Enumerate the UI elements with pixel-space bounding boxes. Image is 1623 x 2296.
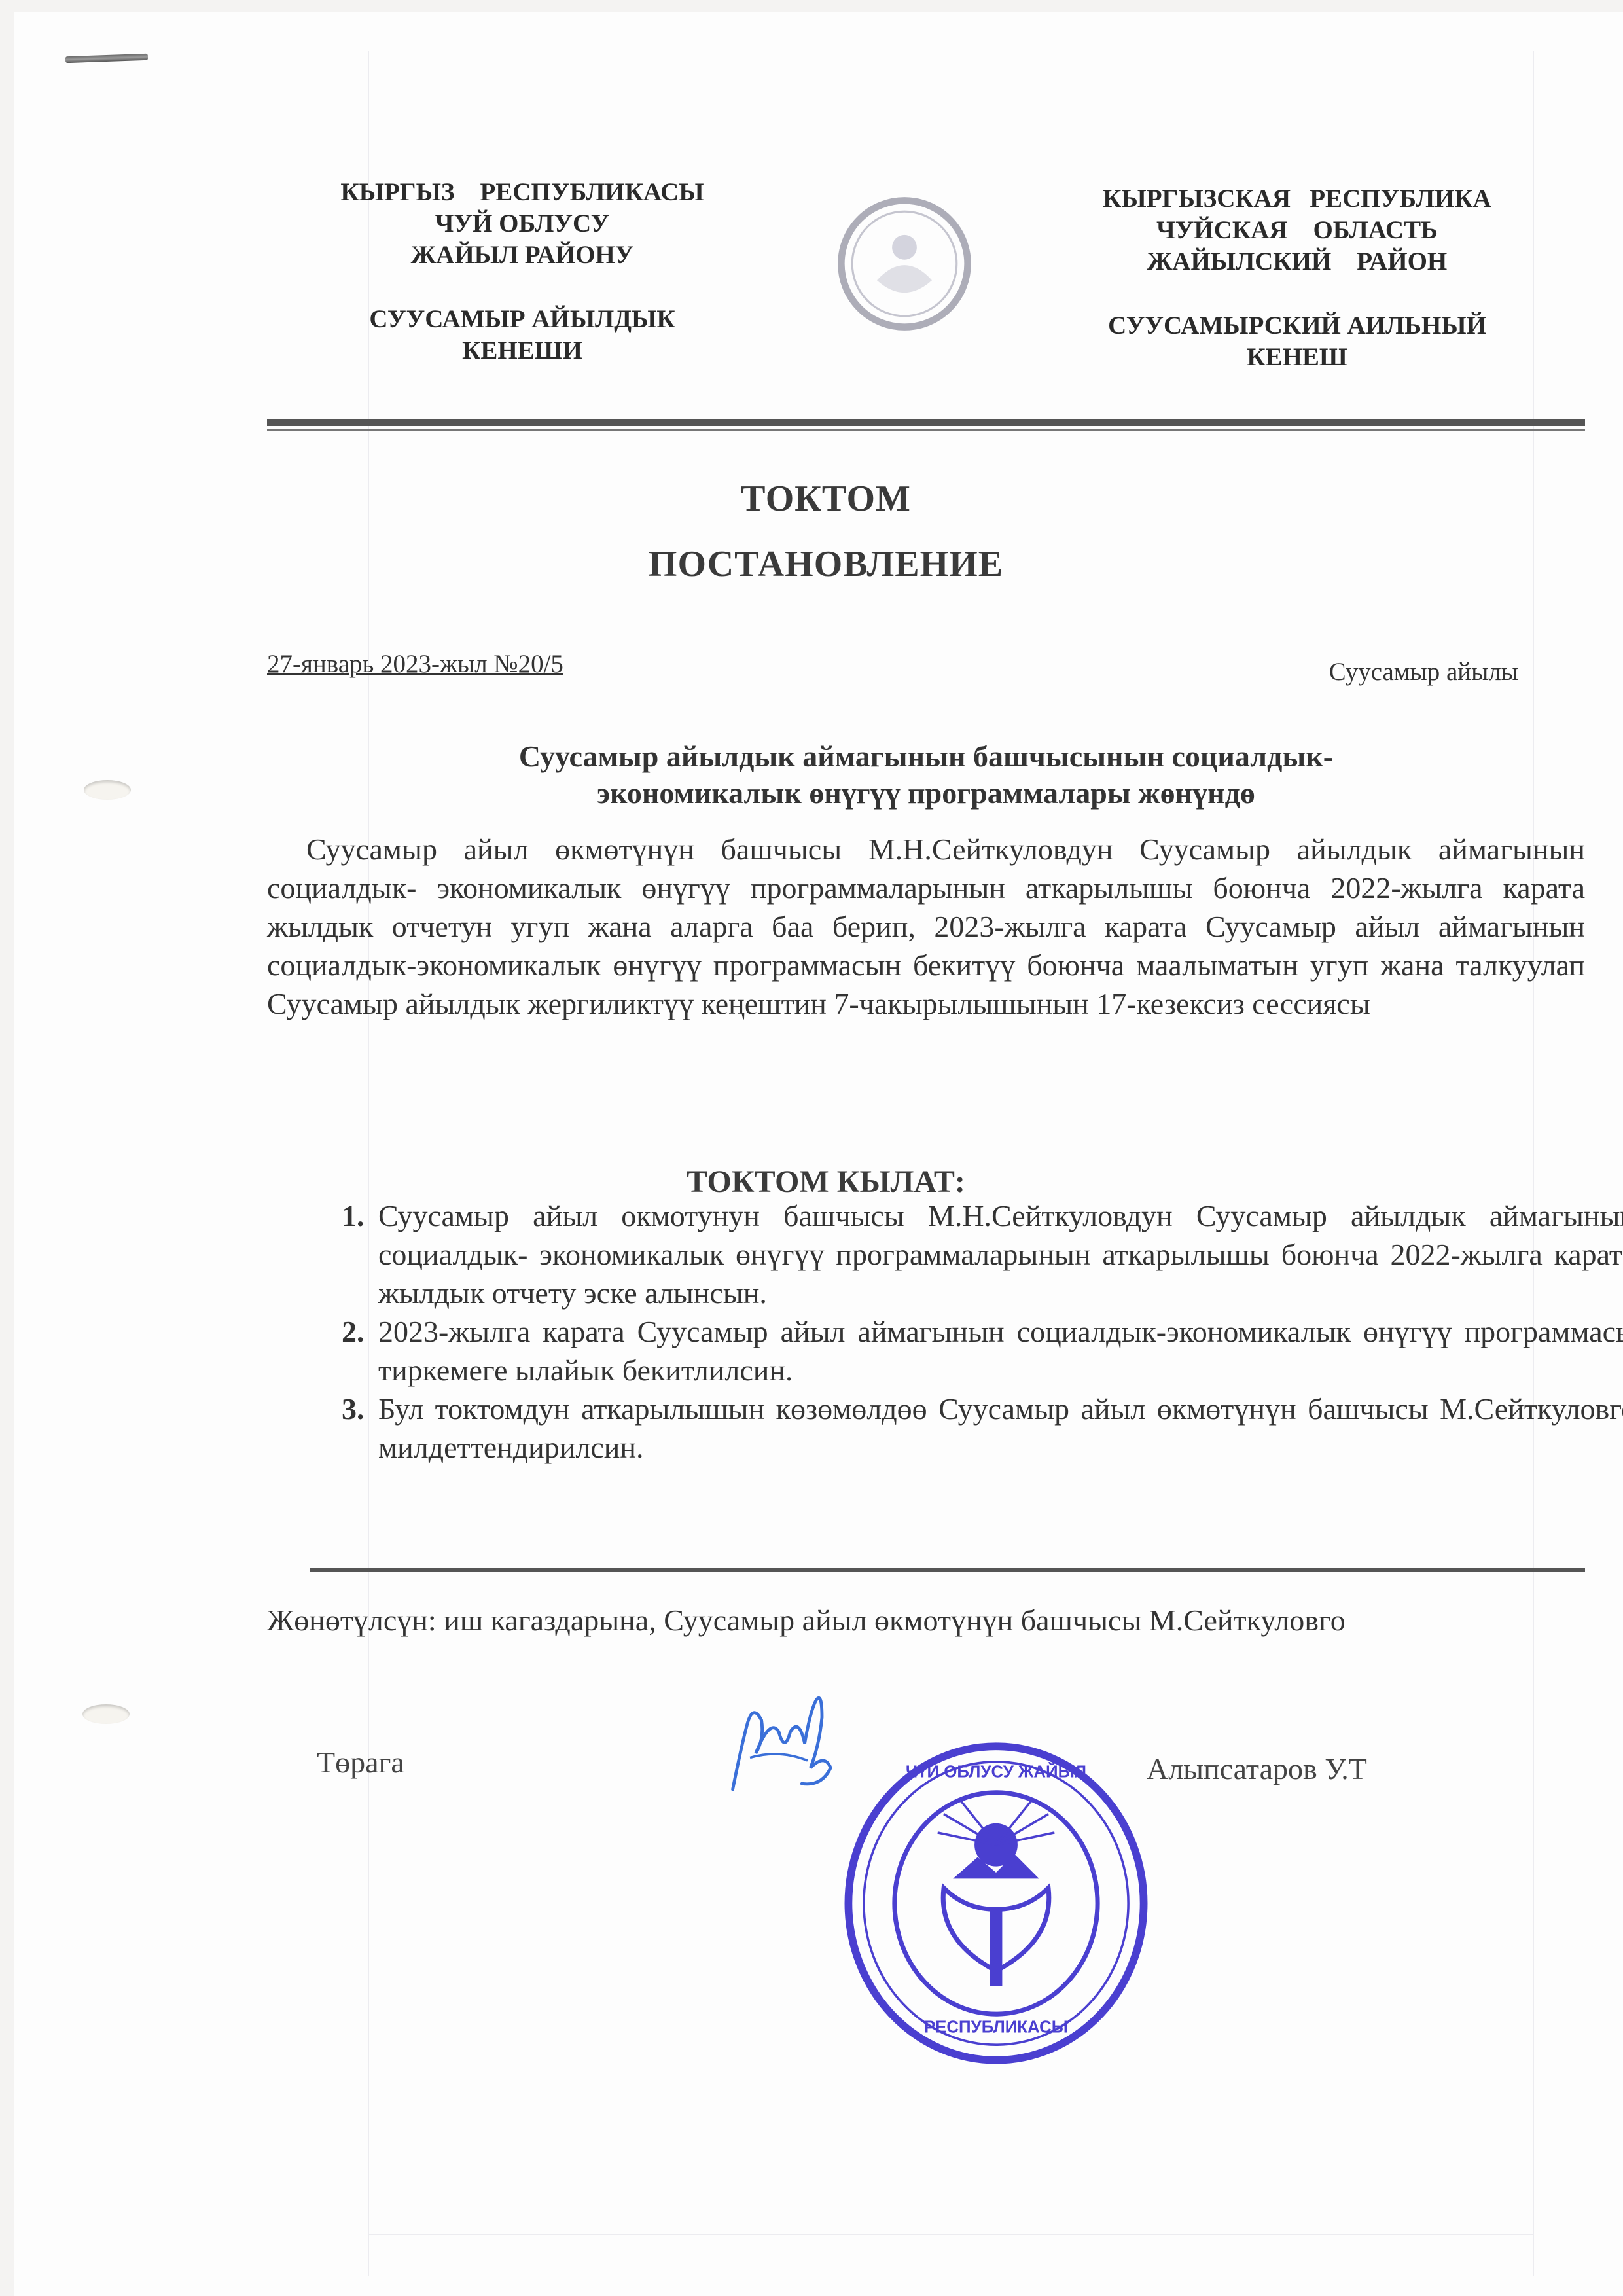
decree-item: Бул токтомдун аткарылышын көзөмөлдөө Суу… <box>372 1390 1623 1467</box>
preamble-paragraph: Суусамыр айыл өкмөтүнүн башчысы М.Н.Сейт… <box>267 830 1585 1023</box>
svg-text:РЕСПУБЛИКАСЫ: РЕСПУБЛИКАСЫ <box>924 2018 1068 2036</box>
svg-text:ЧҮЙ ОБЛУСУ ЖАЙЫЛ: ЧҮЙ ОБЛУСУ ЖАЙЫЛ <box>906 1761 1086 1781</box>
subject-line: Суусамыр айылдык аймагынын башчысынын со… <box>267 738 1585 775</box>
header-left-org: КЕНЕШИ <box>274 335 771 367</box>
punch-hole-top <box>84 780 131 800</box>
header-right-line: КЫРГЫЗСКАЯ РЕСПУБЛИКА <box>1035 183 1559 215</box>
signatory-role: Төрага <box>317 1745 404 1780</box>
header-divider-thin <box>267 429 1585 431</box>
header-right-line: ЧУЙСКАЯ ОБЛАСТЬ <box>1035 215 1559 246</box>
header-right-org: КЕНЕШ <box>1035 342 1559 373</box>
document-subject: Суусамыр айылдык аймагынын башчысынын со… <box>267 738 1585 812</box>
header-left-line: ЖАЙЫЛ РАЙОНУ <box>274 240 771 271</box>
state-emblem-icon <box>836 195 973 332</box>
footer-divider <box>310 1568 1585 1572</box>
date-number: 27-январь 2023-жыл №20/5 <box>267 649 563 679</box>
document-title-ky: ТОКТОМ <box>14 478 1623 520</box>
bleed-through-line <box>368 2234 1533 2235</box>
header-left-org: СУУСАМЫР АЙЫЛДЫК <box>274 304 771 335</box>
official-seal-icon: ЧҮЙ ОБЛУСУ ЖАЙЫЛ РЕСПУБЛИКАСЫ <box>842 1740 1150 2067</box>
header-left-line: КЫРГЫЗ РЕСПУБЛИКАСЫ <box>274 177 771 208</box>
document-page: КЫРГЫЗ РЕСПУБЛИКАСЫ ЧУЙ ОБЛУСУ ЖАЙЫЛ РАЙ… <box>14 12 1623 2296</box>
decree-item: 2023-жылга карата Суусамыр айыл аймагыны… <box>372 1312 1623 1390</box>
header-left-line: ЧУЙ ОБЛУСУ <box>274 208 771 240</box>
header-divider <box>267 419 1585 426</box>
header-right-line: ЖАЙЫЛСКИЙ РАЙОН <box>1035 246 1559 278</box>
header-right-org: СУУСАМЫРСКИЙ АИЛЬНЫЙ <box>1035 310 1559 342</box>
decree-items: Суусамыр айыл окмотунун башчысы М.Н.Сейт… <box>319 1196 1623 1467</box>
decree-heading: ТОКТОМ КЫЛАТ: <box>14 1164 1623 1200</box>
decree-item: Суусамыр айыл окмотунун башчысы М.Н.Сейт… <box>372 1196 1623 1312</box>
subject-line: экономикалык өнүгүү программалары жөнүнд… <box>267 775 1585 812</box>
place: Суусамыр айылы <box>1329 657 1518 687</box>
document-title-ru: ПОСТАНОВЛЕНИЕ <box>14 543 1623 585</box>
signatory-name: Алыпсатаров У.Т <box>1147 1751 1367 1786</box>
punch-hole-bottom <box>82 1704 130 1724</box>
staple-mark <box>65 54 148 63</box>
header-left: КЫРГЫЗ РЕСПУБЛИКАСЫ ЧУЙ ОБЛУСУ ЖАЙЫЛ РАЙ… <box>274 177 771 367</box>
header-right: КЫРГЫЗСКАЯ РЕСПУБЛИКА ЧУЙСКАЯ ОБЛАСТЬ ЖА… <box>1035 183 1559 373</box>
distribution-note: Жөнөтүлсүн: иш кагаздарына, Суусамыр айы… <box>267 1601 1585 1640</box>
